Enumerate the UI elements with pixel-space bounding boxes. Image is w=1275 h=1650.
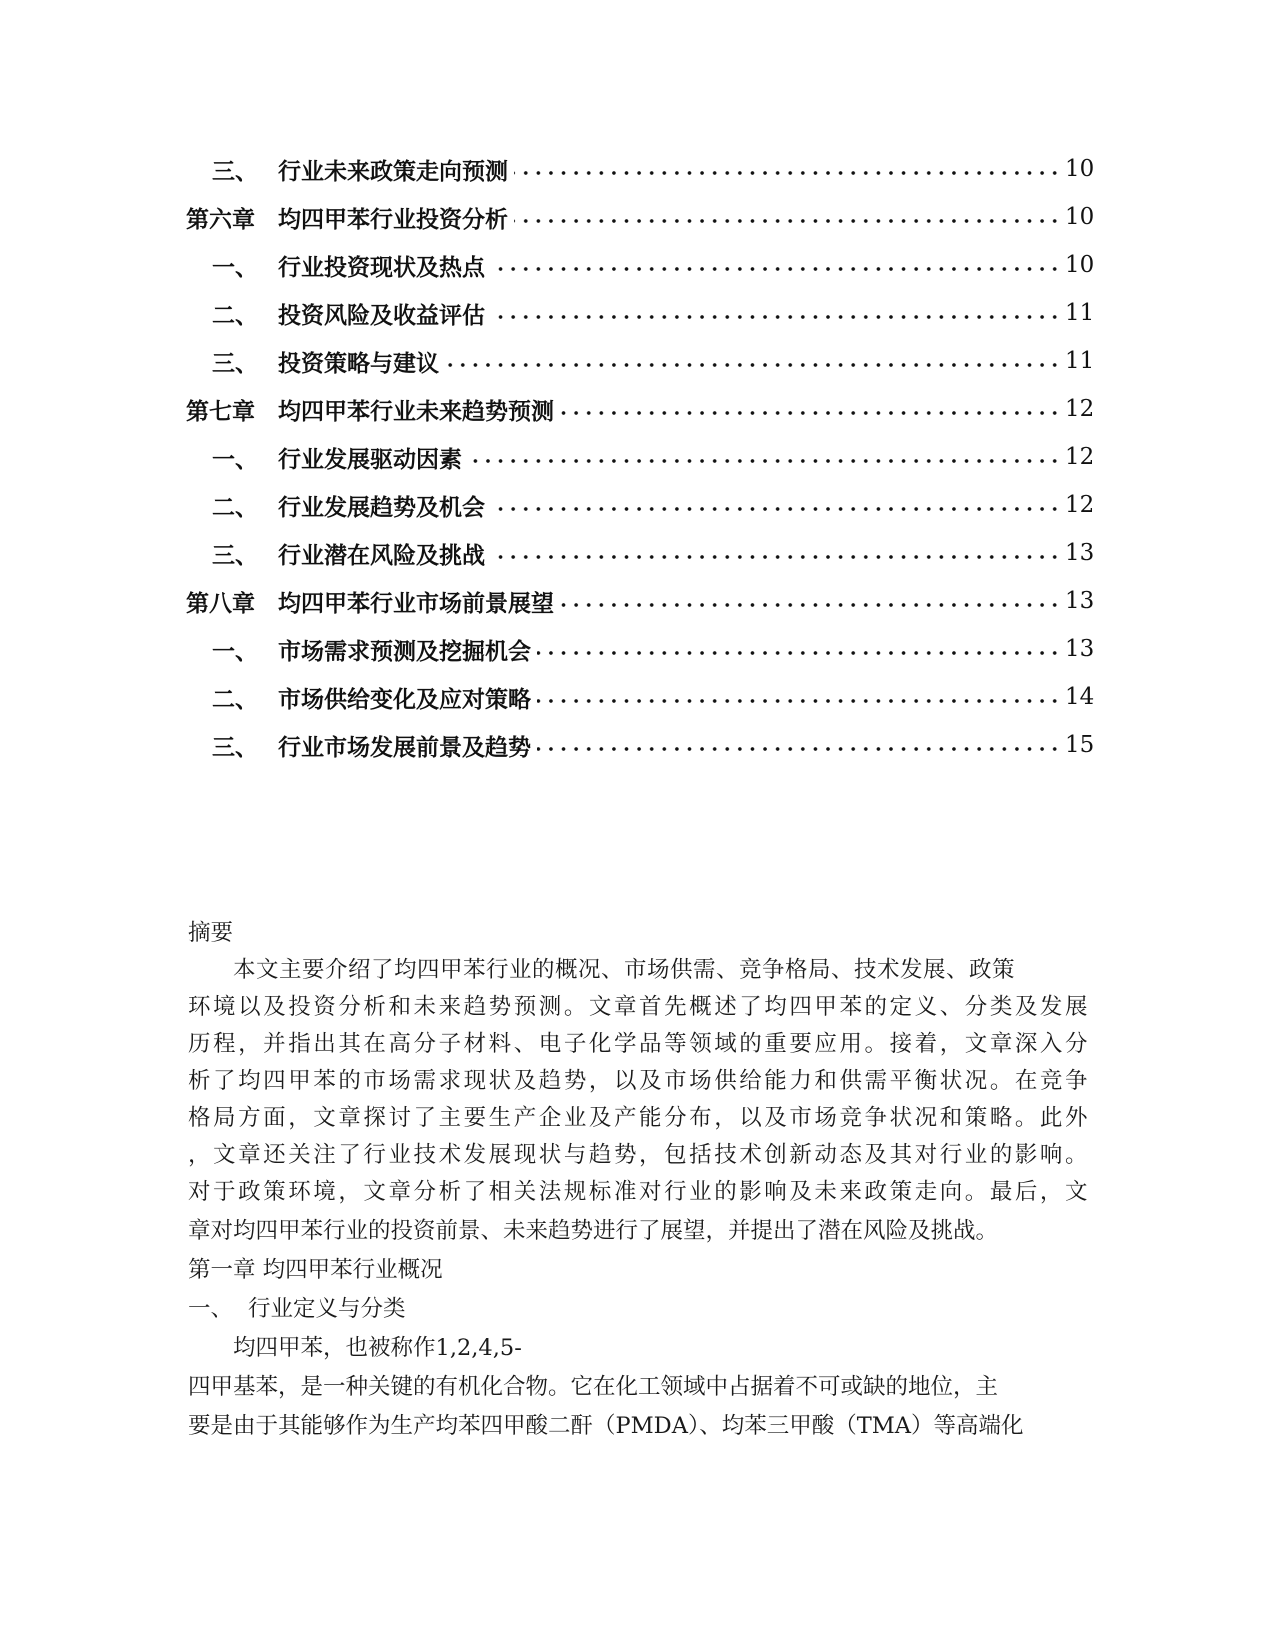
toc-entry-page: 13 <box>1065 636 1091 662</box>
toc-entry[interactable]: 第六章 均四甲苯行业投资分析 10 <box>186 193 1091 241</box>
dot-leader <box>514 209 1061 233</box>
dot-leader <box>537 641 1061 665</box>
toc-entry[interactable]: 三、 行业未来政策走向预测 10 <box>186 145 1091 193</box>
toc-entry-page: 11 <box>1065 348 1091 374</box>
dot-leader <box>491 257 1061 281</box>
abstract-line: 环境以及投资分析和未来趋势预测。文章首先概述了均四甲苯的定义、分类及发展 <box>188 989 1088 1026</box>
dot-leader <box>491 545 1061 569</box>
toc-entry-page: 13 <box>1065 588 1091 614</box>
dot-leader <box>560 401 1061 425</box>
dot-leader <box>514 161 1061 185</box>
toc-entry[interactable]: 三、 行业市场发展前景及趋势 15 <box>186 721 1091 769</box>
toc-entry-page: 13 <box>1065 540 1091 566</box>
toc-entry-number: 三、 <box>212 345 278 378</box>
abstract-line: 历程，并指出其在高分子材料、电子化学品等领域的重要应用。接着，文章深入分 <box>188 1026 1088 1063</box>
toc-entry-page: 15 <box>1065 732 1091 758</box>
toc-entry-title: 投资风险及收益评估 <box>278 297 485 330</box>
dot-leader <box>537 737 1061 761</box>
toc-entry[interactable]: 三、 投资策略与建议 11 <box>186 337 1091 385</box>
toc-entry-title: 行业未来政策走向预测 <box>278 153 508 186</box>
toc-entry-page: 12 <box>1065 444 1091 470</box>
dot-leader <box>468 449 1061 473</box>
toc-entry[interactable]: 一、 行业投资现状及热点 10 <box>186 241 1091 289</box>
toc-entry[interactable]: 第七章 均四甲苯行业未来趋势预测 12 <box>186 385 1091 433</box>
table-of-contents: 三、 行业未来政策走向预测 10 第六章 均四甲苯行业投资分析 10 一、 行业… <box>186 145 1091 769</box>
abstract-line: 格局方面，文章探讨了主要生产企业及产能分布，以及市场竞争状况和策略。此外 <box>188 1100 1088 1137</box>
toc-entry-title: 均四甲苯行业投资分析 <box>278 201 508 234</box>
dot-leader <box>537 689 1061 713</box>
toc-entry-title: 行业发展趋势及机会 <box>278 489 485 522</box>
dot-leader <box>560 593 1061 617</box>
dot-leader <box>491 305 1061 329</box>
abstract-section: 摘要 本文主要介绍了均四甲苯行业的概况、市场供需、竞争格局、技术发展、政策 环境… <box>188 915 1088 1211</box>
toc-entry-title: 行业市场发展前景及趋势 <box>278 729 531 762</box>
dot-leader <box>491 497 1061 521</box>
section-title: 行业定义与分类 <box>248 1296 406 1322</box>
toc-entry-number: 二、 <box>212 489 278 522</box>
toc-entry-page: 10 <box>1065 204 1091 230</box>
toc-entry-number: 一、 <box>212 633 278 666</box>
toc-entry[interactable]: 二、 投资风险及收益评估 11 <box>186 289 1091 337</box>
toc-entry-title: 行业发展驱动因素 <box>278 441 462 474</box>
abstract-line: 本文主要介绍了均四甲苯行业的概况、市场供需、竞争格局、技术发展、政策 <box>188 952 1088 989</box>
document-page: 三、 行业未来政策走向预测 10 第六章 均四甲苯行业投资分析 10 一、 行业… <box>0 0 1275 1650</box>
toc-entry-number: 第六章 <box>186 201 278 234</box>
toc-entry[interactable]: 一、 市场需求预测及挖掘机会 13 <box>186 625 1091 673</box>
toc-entry-number: 二、 <box>212 297 278 330</box>
toc-entry-number: 第八章 <box>186 585 278 618</box>
body-line: 要是由于其能够作为生产均苯四甲酸二酐（PMDA）、均苯三甲酸（TMA）等高端化 <box>188 1407 1088 1446</box>
abstract-line: 对于政策环境，文章分析了相关法规标准对行业的影响及未来政策走向。最后，文 <box>188 1174 1088 1211</box>
toc-entry-number: 三、 <box>212 729 278 762</box>
toc-entry-page: 10 <box>1065 156 1091 182</box>
abstract-heading: 摘要 <box>188 915 1088 952</box>
abstract-line: 析了均四甲苯的市场需求现状及趋势，以及市场供给能力和供需平衡状况。在竞争 <box>188 1063 1088 1100</box>
toc-entry-number: 一、 <box>212 249 278 282</box>
chapter-heading: 第一章 均四甲苯行业概况 <box>188 1251 1088 1290</box>
toc-entry[interactable]: 一、 行业发展驱动因素 12 <box>186 433 1091 481</box>
toc-entry[interactable]: 二、 市场供给变化及应对策略 14 <box>186 673 1091 721</box>
toc-entry-title: 市场需求预测及挖掘机会 <box>278 633 531 666</box>
chapter-one-section: 章对均四甲苯行业的投资前景、未来趋势进行了展望，并提出了潜在风险及挑战。 第一章… <box>188 1212 1088 1446</box>
toc-entry-title: 投资策略与建议 <box>278 345 439 378</box>
toc-entry-number: 三、 <box>212 537 278 570</box>
toc-entry-number: 二、 <box>212 681 278 714</box>
abstract-line: 章对均四甲苯行业的投资前景、未来趋势进行了展望，并提出了潜在风险及挑战。 <box>188 1212 1088 1251</box>
toc-entry-title: 均四甲苯行业市场前景展望 <box>278 585 554 618</box>
toc-entry[interactable]: 二、 行业发展趋势及机会 12 <box>186 481 1091 529</box>
toc-entry-page: 12 <box>1065 396 1091 422</box>
toc-entry-title: 市场供给变化及应对策略 <box>278 681 531 714</box>
toc-entry-title: 行业投资现状及热点 <box>278 249 485 282</box>
toc-entry-page: 12 <box>1065 492 1091 518</box>
body-line: 均四甲苯，也被称作1,2,4,5- <box>188 1329 1088 1368</box>
toc-entry-number: 三、 <box>212 153 278 186</box>
toc-entry-page: 10 <box>1065 252 1091 278</box>
toc-entry-page: 14 <box>1065 684 1091 710</box>
abstract-line: ，文章还关注了行业技术发展现状与趋势，包括技术创新动态及其对行业的影响。 <box>188 1137 1088 1174</box>
toc-entry-number: 一、 <box>212 441 278 474</box>
section-heading: 一、行业定义与分类 <box>188 1290 1088 1329</box>
toc-entry-title: 均四甲苯行业未来趋势预测 <box>278 393 554 426</box>
toc-entry[interactable]: 第八章 均四甲苯行业市场前景展望 13 <box>186 577 1091 625</box>
toc-entry[interactable]: 三、 行业潜在风险及挑战 13 <box>186 529 1091 577</box>
dot-leader <box>445 353 1061 377</box>
toc-entry-page: 11 <box>1065 300 1091 326</box>
body-line: 四甲基苯，是一种关键的有机化合物。它在化工领域中占据着不可或缺的地位，主 <box>188 1368 1088 1407</box>
section-number: 一、 <box>188 1290 248 1329</box>
toc-entry-title: 行业潜在风险及挑战 <box>278 537 485 570</box>
toc-entry-number: 第七章 <box>186 393 278 426</box>
